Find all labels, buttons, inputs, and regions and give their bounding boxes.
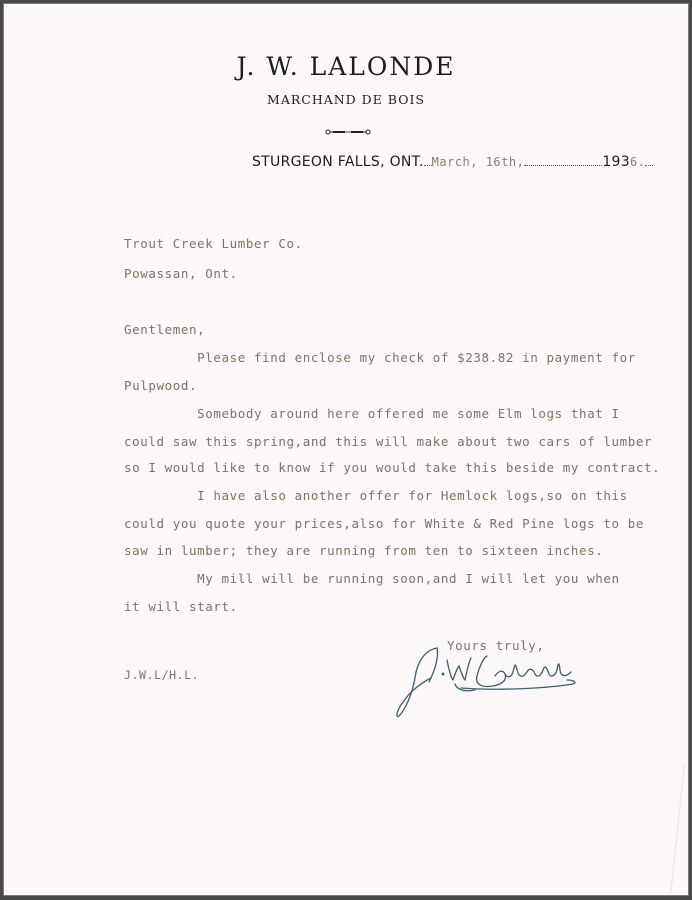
date-year-suffix: 6.: [630, 155, 645, 169]
body-line: My mill will be running soon,and I will …: [124, 571, 620, 586]
body-line: could saw this spring,and this will make…: [124, 434, 652, 449]
letterhead-subtitle: MARCHAND DE BOIS: [0, 92, 692, 107]
paper-crease: [670, 764, 685, 893]
place-date-line: STURGEON FALLS, ONT.March, 16th,1936.: [252, 153, 653, 170]
reference-initials: J.W.L/H.L.: [124, 668, 199, 682]
handwritten-signature: [395, 640, 580, 720]
body-line: saw in lumber; they are running from ten…: [124, 543, 603, 558]
body-line: could you quote your prices,also for Whi…: [124, 516, 644, 531]
body-line: it will start.: [124, 599, 238, 614]
dotted-fill: [645, 153, 653, 166]
salutation: Gentlemen,: [124, 322, 205, 337]
recipient-city: Powassan, Ont.: [124, 266, 238, 281]
letterhead-name: J. W. LALONDE: [0, 52, 692, 81]
date-year-prefix: 193: [602, 154, 630, 170]
body-line: Pulpwood.: [124, 378, 197, 393]
dotted-fill: [524, 153, 602, 166]
dotted-fill: [424, 153, 432, 166]
letterhead-place: STURGEON FALLS, ONT.: [252, 154, 424, 170]
decorative-rule-ornament-icon: [325, 128, 371, 136]
body-line: so I would like to know if you would tak…: [124, 460, 660, 475]
body-line: Somebody around here offered me some Elm…: [124, 406, 620, 421]
date-month-day: March, 16th,: [432, 155, 525, 169]
body-line: I have also another offer for Hemlock lo…: [124, 488, 628, 503]
letter-page: [3, 3, 689, 896]
recipient-company: Trout Creek Lumber Co.: [124, 236, 303, 251]
body-line: Please find enclose my check of $238.82 …: [124, 350, 636, 365]
